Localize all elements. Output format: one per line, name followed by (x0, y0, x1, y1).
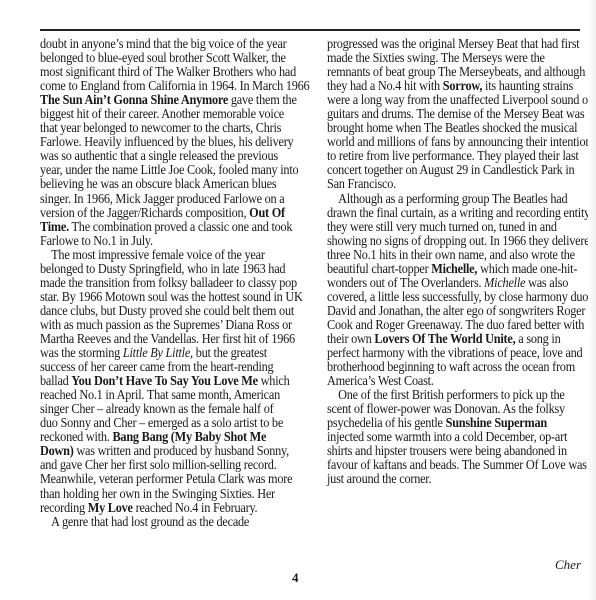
text-line: reckoned with. Bang Bang (My Baby Shot M… (40, 430, 302, 444)
text-line: favour of kaftans and beads. The Summer … (327, 458, 589, 472)
text-line: brotherhood beginning to waft across the… (327, 360, 589, 374)
text-line: Martha Reeves and the Vandellas. Her fir… (40, 332, 302, 346)
text-line: biggest hit of their career. Another mem… (40, 107, 302, 121)
text-run: their own (327, 331, 374, 346)
text-run: belonged to blue-eyed soul brother Scott… (40, 50, 286, 65)
text-line: come to England from California in 1964.… (40, 79, 302, 93)
text-line: than holding her own in the Swinging Six… (40, 487, 302, 501)
page-edge-shadow (588, 0, 596, 600)
text-line: were a long way from the unaffected Live… (327, 93, 589, 107)
text-run: recording (40, 500, 88, 515)
right-column: progressed was the original Mersey Beat … (327, 37, 589, 487)
text-line: wonders out of The Overlanders. Michelle… (327, 276, 589, 290)
song-title: Down) (40, 443, 74, 458)
text-line: dance clubs, but Dusty proved she could … (40, 304, 302, 318)
text-line: shirts and hipster trousers were being a… (327, 444, 589, 458)
text-run: a song in (515, 331, 560, 346)
text-line: Farlowe to No.1 in July. (40, 234, 302, 248)
text-run: come to England from California in 1964.… (40, 78, 309, 93)
song-title: My Love (88, 500, 133, 515)
text-run: star. By 1966 Motown soul was the hottes… (40, 289, 303, 304)
text-run: singer. In 1966, Mick Jagger produced Fa… (40, 191, 285, 206)
text-run: that year belonged to newcomer to the ch… (40, 120, 281, 135)
text-run: doubt in anyone’s mind that the big voic… (40, 36, 287, 51)
text-run: was so authentic that a single released … (40, 148, 278, 163)
text-run: made the Sixties swing. The Merseys were… (327, 50, 545, 65)
text-run: singer Cher – already known as the femal… (40, 401, 273, 416)
text-run: success of her career came from the hear… (40, 359, 273, 374)
text-line: world and millions of fans by announcing… (327, 135, 589, 149)
text-line: drawn the final curtain, as a writing an… (327, 206, 589, 220)
song-title: Sorrow, (443, 78, 482, 93)
text-run: was also (525, 275, 568, 290)
text-run: reckoned with. (40, 429, 112, 444)
text-line: believing he was an obscure black Americ… (40, 177, 302, 191)
text-line: guitars and drums. The demise of the Mer… (327, 107, 589, 121)
text-run: reached No.1 in April. That same month, … (40, 387, 280, 402)
text-line: singer. In 1966, Mick Jagger produced Fa… (40, 192, 302, 206)
text-run: showing no signs of dropping out. In 196… (327, 233, 595, 248)
left-column: doubt in anyone’s mind that the big voic… (40, 37, 302, 529)
text-run: David and Jonathan, the alter ego of son… (327, 303, 585, 318)
italic-title: Little By Little, (123, 345, 193, 360)
text-line: belonged to blue-eyed soul brother Scott… (40, 51, 302, 65)
text-line: success of her career came from the hear… (40, 360, 302, 374)
text-run: just around the corner. (327, 471, 431, 486)
text-line: was so authentic that a single released … (40, 149, 302, 163)
text-run: they had a No.4 hit with (327, 78, 443, 93)
text-line: just around the corner. (327, 472, 589, 486)
text-run: version of the Jagger/Richards compositi… (40, 205, 249, 220)
text-line: Farlowe. Heavily influenced by the blues… (40, 135, 302, 149)
text-run: covered, a little less successfully, by … (327, 289, 588, 304)
text-line: The Sun Ain’t Gonna Shine Anymore gave t… (40, 93, 302, 107)
text-run: most significant third of The Walker Bro… (40, 64, 296, 79)
text-run: its haunting strains (482, 78, 573, 93)
text-run: Martha Reeves and the Vandellas. Her fir… (40, 331, 295, 346)
text-line: and gave Cher her first solo million-sel… (40, 458, 302, 472)
text-run: ballad (40, 373, 71, 388)
song-title: Sunshine Superman (446, 415, 547, 430)
text-line: brought home when The Beatles shocked th… (327, 121, 589, 135)
text-line: year, under the name Little Joe Cook, fo… (40, 163, 302, 177)
text-run: favour of kaftans and beads. The Summer … (327, 457, 587, 472)
text-line: was the storming Little By Little, but t… (40, 346, 302, 360)
song-title: You Don’t Have To Say You Love Me (71, 373, 257, 388)
text-line: Down) was written and produced by husban… (40, 444, 302, 458)
text-line: America’s West Coast. (327, 374, 589, 388)
text-run: which (258, 373, 290, 388)
text-run: One of the first British performers to p… (338, 387, 564, 402)
text-line: Meanwhile, veteran performer Petula Clar… (40, 472, 302, 486)
page-number: 4 (292, 570, 299, 586)
song-title: Michelle, (431, 261, 477, 276)
text-run: remnants of beat group The Merseybeats, … (327, 64, 585, 79)
text-run: guitars and drums. The demise of the Mer… (327, 106, 584, 121)
text-line: remnants of beat group The Merseybeats, … (327, 65, 589, 79)
text-run: made the transition from folksy balladee… (40, 275, 297, 290)
text-line: ballad You Don’t Have To Say You Love Me… (40, 374, 302, 388)
text-line: three No.1 hits in their own name, and a… (327, 248, 589, 262)
text-line: psychedelia of his gentle Sunshine Super… (327, 416, 589, 430)
text-run: with as much passion as the Supremes’ Di… (40, 317, 292, 332)
text-run: drawn the final curtain, as a writing an… (327, 205, 590, 220)
text-run: reached No.4 in February. (133, 500, 258, 515)
text-run: America’s West Coast. (327, 373, 434, 388)
text-run: were a long way from the unaffected Live… (327, 92, 592, 107)
text-line: made the transition from folksy balladee… (40, 276, 302, 290)
text-run: shirts and hipster trousers were being a… (327, 443, 567, 458)
text-line: reached No.1 in April. That same month, … (40, 388, 302, 402)
text-line: most significant third of The Walker Bro… (40, 65, 302, 79)
text-run: Meanwhile, veteran performer Petula Clar… (40, 471, 292, 486)
text-run: belonged to Dusty Springfield, who in la… (40, 261, 285, 276)
text-run: San Francisco. (327, 176, 396, 191)
text-run: but the greatest (193, 345, 267, 360)
text-run: to retire from live performance. They pl… (327, 148, 579, 163)
text-run: was the storming (40, 345, 123, 360)
text-line: One of the first British performers to p… (327, 388, 589, 402)
text-run: than holding her own in the Swinging Six… (40, 486, 275, 501)
text-run: biggest hit of their career. Another mem… (40, 106, 284, 121)
text-line: star. By 1966 Motown soul was the hottes… (40, 290, 302, 304)
text-run: duo Sonny and Cher – emerged as a solo a… (40, 415, 283, 430)
text-line: The most impressive female voice of the … (40, 248, 302, 262)
text-line: made the Sixties swing. The Merseys were… (327, 51, 589, 65)
text-line: covered, a little less successfully, by … (327, 290, 589, 304)
text-run: wonders out of The Overlanders. (327, 275, 484, 290)
text-line: scent of flower-power was Donovan. As th… (327, 402, 589, 416)
text-line: progressed was the original Mersey Beat … (327, 37, 589, 51)
photo-caption: Cher (555, 557, 581, 573)
text-line: A genre that had lost ground as the deca… (40, 515, 302, 529)
text-line: Time. The combination proved a classic o… (40, 220, 302, 234)
text-run: which made one-hit- (477, 261, 577, 276)
text-line: San Francisco. (327, 177, 589, 191)
text-run: A genre that had lost ground as the deca… (51, 514, 249, 529)
text-run: injected some warmth into a cold Decembe… (327, 429, 567, 444)
text-run: Cook and Roger Greenaway. The duo fared … (327, 317, 584, 332)
text-run: they were still very much turned on, tun… (327, 219, 557, 234)
song-title: The Sun Ain’t Gonna Shine Anymore (40, 92, 228, 107)
text-run: The combination proved a classic one and… (69, 219, 292, 234)
text-run: year, under the name Little Joe Cook, fo… (40, 162, 298, 177)
text-run: dance clubs, but Dusty proved she could … (40, 303, 294, 318)
text-line: doubt in anyone’s mind that the big voic… (40, 37, 302, 51)
text-run: Although as a performing group The Beatl… (338, 191, 567, 206)
text-run: concert together on August 29 in Candles… (327, 162, 574, 177)
text-run: and gave Cher her first solo million-sel… (40, 457, 277, 472)
text-line: Although as a performing group The Beatl… (327, 192, 589, 206)
text-run: beautiful chart-topper (327, 261, 431, 276)
text-run: was written and produced by husband Sonn… (74, 443, 289, 458)
text-line: injected some warmth into a cold Decembe… (327, 430, 589, 444)
text-run: scent of flower-power was Donovan. As th… (327, 401, 565, 416)
text-run: The most impressive female voice of the … (51, 247, 265, 262)
text-run: progressed was the original Mersey Beat … (327, 36, 579, 51)
text-line: beautiful chart-topper Michelle, which m… (327, 262, 589, 276)
text-line: showing no signs of dropping out. In 196… (327, 234, 589, 248)
text-line: with as much passion as the Supremes’ Di… (40, 318, 302, 332)
text-line: version of the Jagger/Richards compositi… (40, 206, 302, 220)
text-line: their own Lovers Of The World Unite, a s… (327, 332, 589, 346)
text-line: perfect harmony with the vibrations of p… (327, 346, 589, 360)
text-run: Farlowe to No.1 in July. (40, 233, 153, 248)
text-line: David and Jonathan, the alter ego of son… (327, 304, 589, 318)
text-line: duo Sonny and Cher – emerged as a solo a… (40, 416, 302, 430)
text-run: gave them the (228, 92, 297, 107)
text-run: Farlowe. Heavily influenced by the blues… (40, 134, 293, 149)
song-title: Lovers Of The World Unite, (374, 331, 515, 346)
text-run: believing he was an obscure black Americ… (40, 176, 276, 191)
text-line: they were still very much turned on, tun… (327, 220, 589, 234)
text-line: that year belonged to newcomer to the ch… (40, 121, 302, 135)
text-line: to retire from live performance. They pl… (327, 149, 589, 163)
text-line: Cook and Roger Greenaway. The duo fared … (327, 318, 589, 332)
text-run: psychedelia of his gentle (327, 415, 446, 430)
song-title: Bang Bang (My Baby Shot Me (112, 429, 266, 444)
text-run: brotherhood beginning to waft across the… (327, 359, 575, 374)
italic-title: Michelle (484, 275, 525, 290)
text-line: singer Cher – already known as the femal… (40, 402, 302, 416)
song-title: Time. (40, 219, 69, 234)
text-line: concert together on August 29 in Candles… (327, 163, 589, 177)
song-title: Out Of (249, 205, 285, 220)
text-run: brought home when The Beatles shocked th… (327, 120, 577, 135)
text-line: they had a No.4 hit with Sorrow, its hau… (327, 79, 589, 93)
text-line: recording My Love reached No.4 in Februa… (40, 501, 302, 515)
top-rule (40, 29, 580, 31)
text-line: belonged to Dusty Springfield, who in la… (40, 262, 302, 276)
text-run: perfect harmony with the vibrations of p… (327, 345, 582, 360)
text-run: three No.1 hits in their own name, and a… (327, 247, 575, 262)
text-run: world and millions of fans by announcing… (327, 134, 591, 149)
